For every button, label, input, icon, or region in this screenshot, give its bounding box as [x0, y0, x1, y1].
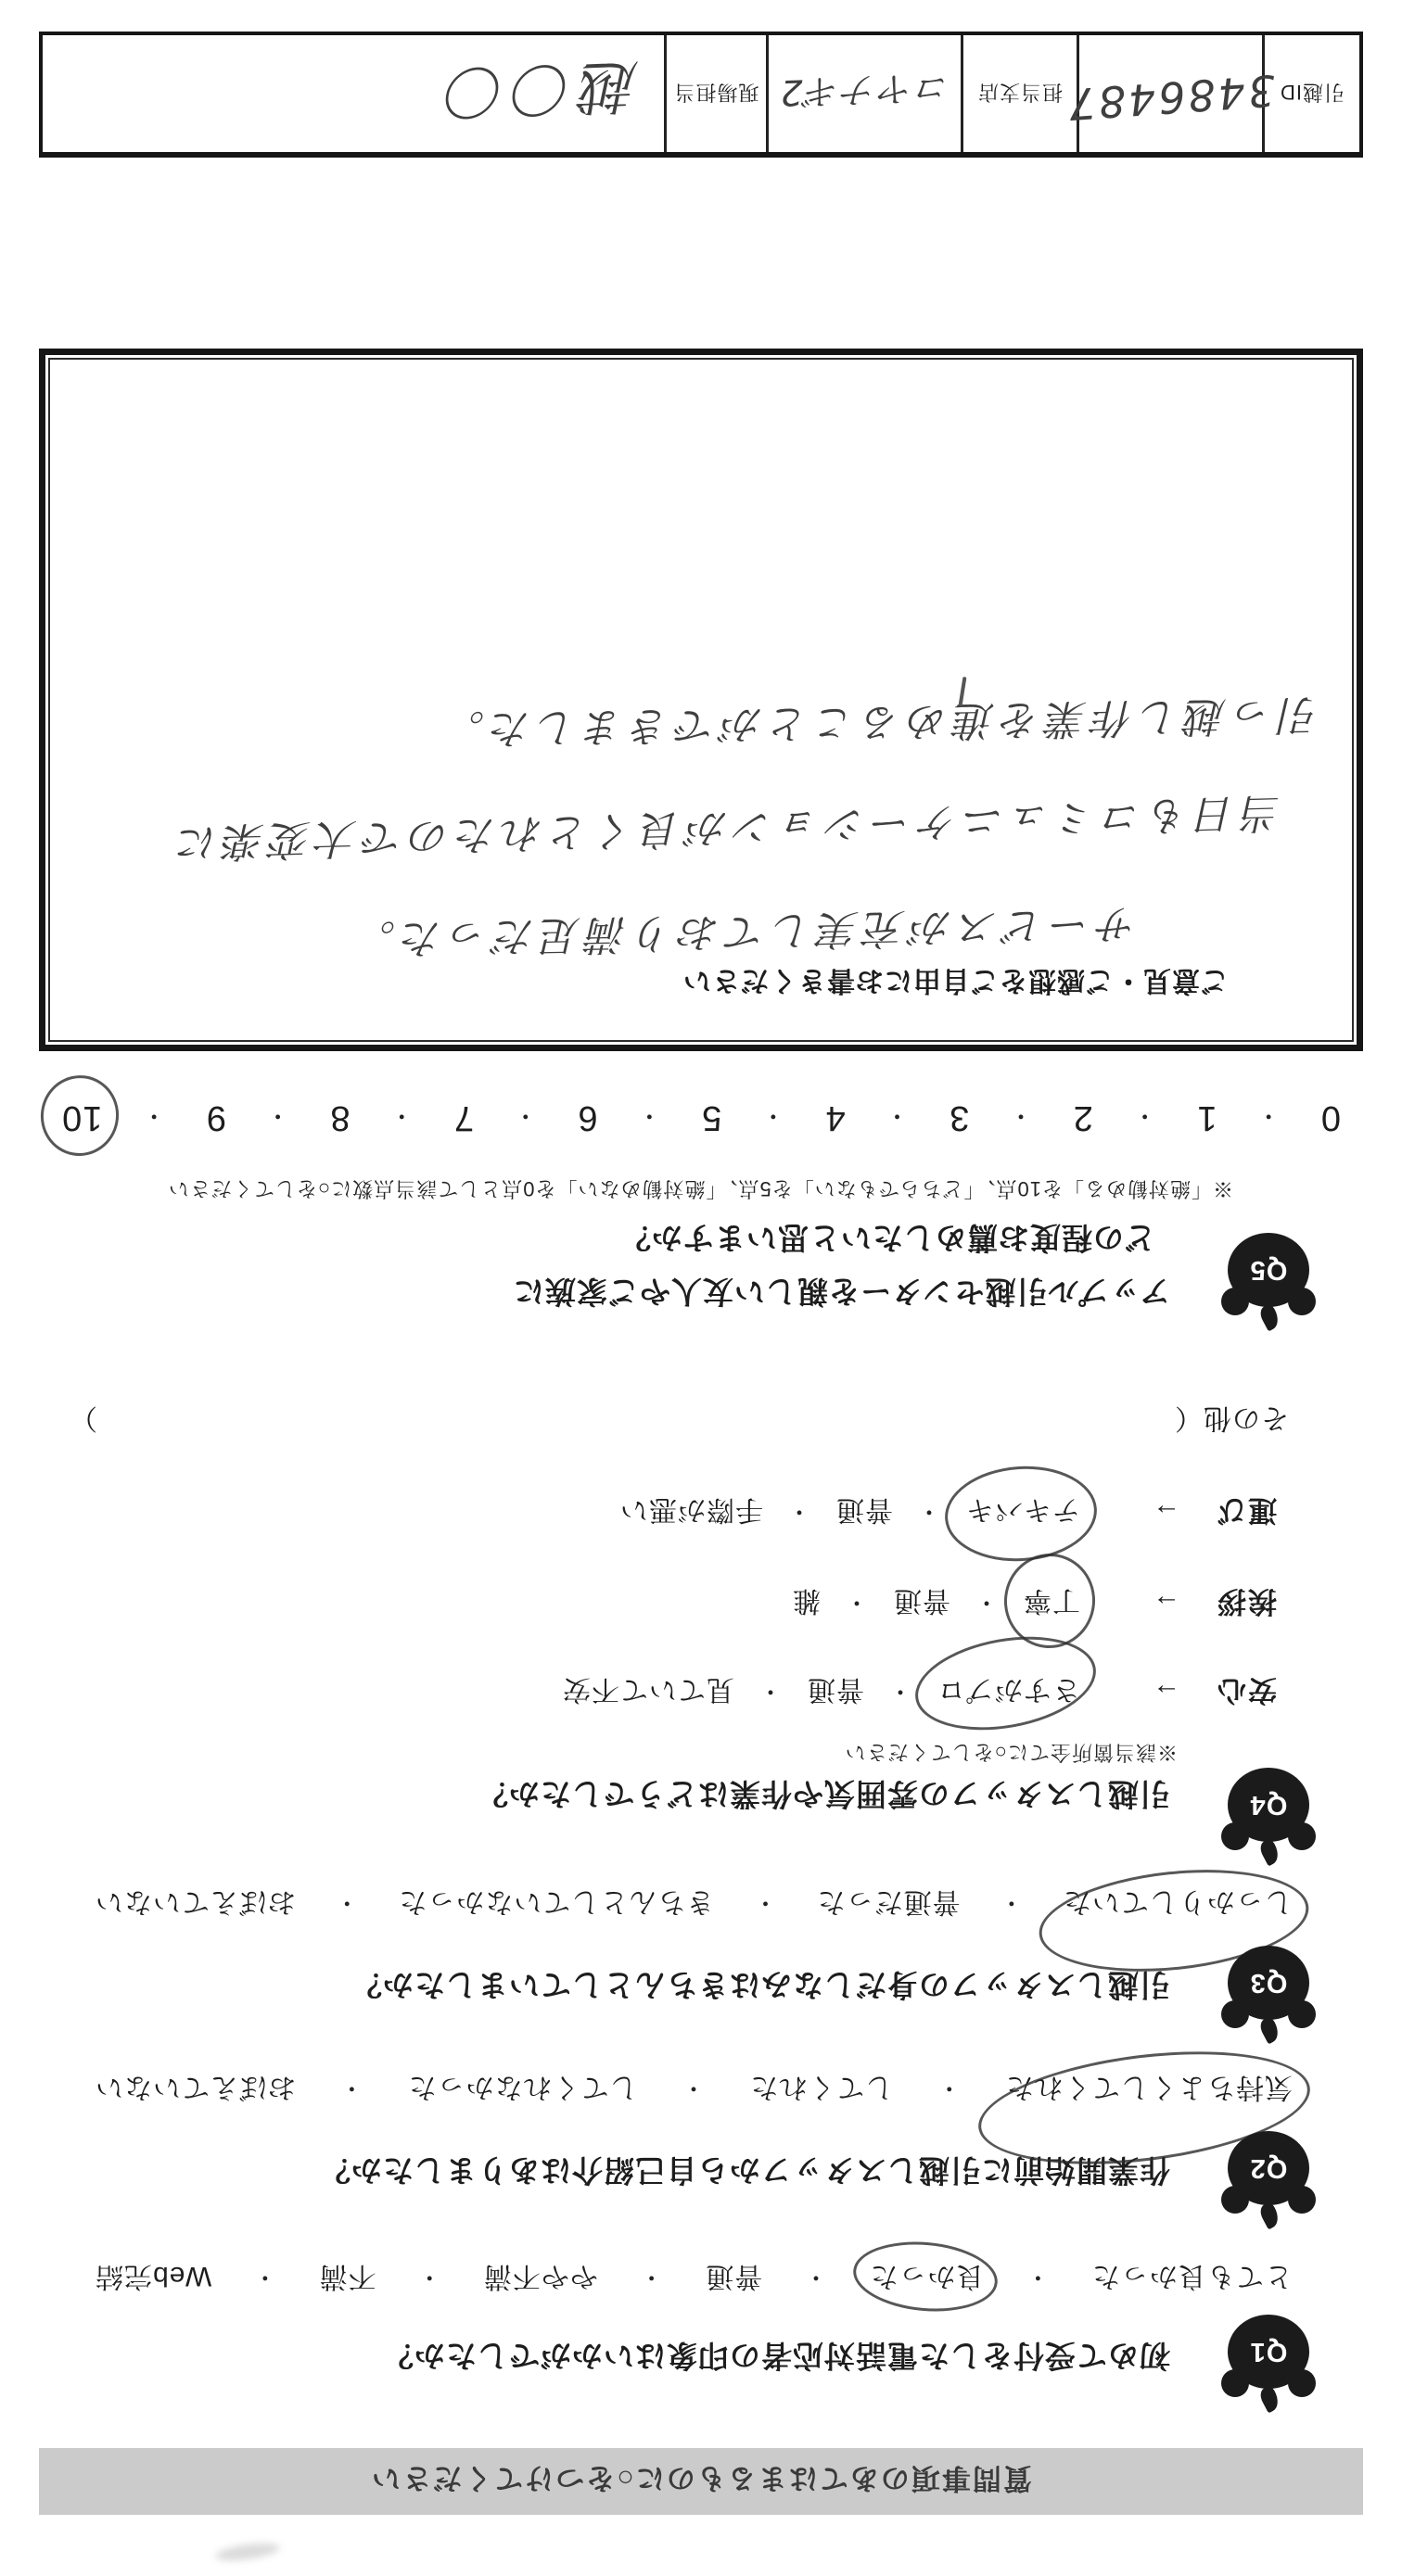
- scale-number: 3: [949, 1098, 969, 1137]
- q4-other-row: その他（ ）: [70, 1401, 1289, 1441]
- q2-option: してくれた: [749, 2070, 893, 2111]
- dot-separator: ・: [885, 1100, 909, 1135]
- q2-mascot-icon: Q2: [1228, 2131, 1309, 2205]
- dot-separator: ・: [640, 2263, 664, 2297]
- leaf-icon: [1257, 2016, 1282, 2045]
- q4-note: ※該当箇所全てに○をしてください: [845, 1739, 1178, 1768]
- paren-open: （: [1174, 1402, 1203, 1433]
- q3-option-selected: しっかりしていた: [1063, 1884, 1293, 1925]
- paren-close: ）: [70, 1401, 97, 1441]
- q4-row-hakobi: 運び → テキパキ ・ 普通 ・ 手際が悪い: [608, 1492, 1277, 1534]
- q2-options: 気持ちよくしてくれた ・ してくれた ・ してくれなかった ・ おぼえていない: [95, 2070, 1293, 2111]
- scale-number: 5: [701, 1098, 721, 1137]
- scale-number: 2: [1073, 1098, 1093, 1137]
- comment-box-label: ご意見・ご感想をご自由にお書きください: [682, 963, 1229, 1004]
- dot-separator: ・: [335, 1888, 359, 1922]
- dot-separator: ・: [142, 1100, 166, 1135]
- dot-separator: ・: [682, 2074, 706, 2108]
- q4-row-option: 普通: [835, 1493, 893, 1534]
- dot-separator: ・: [787, 1496, 811, 1530]
- dot-separator: ・: [1026, 2263, 1050, 2297]
- q1-badge: Q1: [1250, 2337, 1288, 2367]
- scale-number: 1: [1196, 1098, 1217, 1137]
- dot-separator: ・: [1133, 1100, 1157, 1135]
- q4-row-option: 普通: [807, 1673, 864, 1714]
- dot-separator: ・: [761, 1100, 785, 1135]
- move-id-label: 引越ID: [1262, 35, 1359, 152]
- q1-option: 普通: [705, 2259, 762, 2300]
- q3-mascot-icon: Q3: [1228, 1946, 1309, 2020]
- q4-row-aisatsu: 挨拶 → 丁寧 ・ 普通 ・ 雑: [781, 1583, 1277, 1625]
- q4-row-option: 雑: [792, 1584, 821, 1625]
- q4-row-label: 運び: [1216, 1492, 1277, 1534]
- leaf-icon: [1257, 1838, 1282, 1867]
- scanned-survey-sheet: 質問事項のあてはまるものに○をつけてください Q1 初めて受付をした電話対応者の…: [0, 0, 1402, 2576]
- q4-badge: Q4: [1250, 1790, 1288, 1821]
- scale-number: 8: [329, 1098, 350, 1137]
- q4-row-label: 安心: [1216, 1672, 1277, 1714]
- handwritten-signature: 越〇〇: [439, 48, 666, 138]
- dot-separator: ・: [514, 1100, 538, 1135]
- q5-heading-line2: どの程度お薦めしたいと思いますか？: [619, 1218, 1155, 1262]
- move-id-value-cell: 3486487: [1077, 35, 1262, 152]
- arrow-icon: →: [1153, 1589, 1180, 1620]
- q5-score-scale: 0 ・ 1 ・ 2 ・ 3 ・ 4 ・ 5 ・ 6 ・ 7 ・ 8 ・ 9 ・ …: [61, 1098, 1341, 1137]
- q4-row-option: 手際が悪い: [619, 1493, 763, 1534]
- branch-label: 担当支店: [961, 35, 1077, 152]
- q1-option: とても良かった: [1091, 2259, 1293, 2300]
- q3-badge: Q3: [1250, 1968, 1288, 1999]
- comment-box: ご意見・ご感想をご自由にお書きください サービスが充実しており満足だった。 当日…: [39, 349, 1363, 1051]
- q4-row-option: 普通: [893, 1584, 950, 1625]
- dot-separator: ・: [1256, 1100, 1281, 1135]
- q4-other-label: その他: [1203, 1402, 1289, 1433]
- branch-value-cell: コヤナギ2: [766, 35, 961, 152]
- q4-row-label: 挨拶: [1216, 1583, 1277, 1625]
- handwritten-move-id: 3486487: [1064, 65, 1277, 130]
- dot-separator: ・: [339, 2074, 363, 2108]
- q4-row-option-selected: テキパキ: [965, 1493, 1080, 1534]
- q1-options: とても良かった ・ 良かった ・ 普通 ・ やや不満 ・ 不満 ・ Web完結: [95, 2259, 1293, 2300]
- scale-number: 4: [825, 1098, 846, 1137]
- q5-mascot-icon: Q5: [1228, 1233, 1309, 1307]
- scale-number: 0: [1320, 1098, 1341, 1137]
- q2-option-selected: 気持ちよくしてくれた: [1005, 2070, 1293, 2111]
- q4-row-option-selected: さすがプロ: [937, 1673, 1080, 1714]
- q5-note: ※「絶対勧める」を10点、「どちらでもない」を5点、「絶対勧めない」を0点として…: [168, 1175, 1233, 1204]
- q3-option: 普通だった: [817, 1884, 961, 1925]
- dot-separator: ・: [845, 1587, 869, 1621]
- leaf-icon: [1257, 2385, 1282, 2414]
- leaf-icon: [1257, 1303, 1282, 1332]
- scale-number: 6: [577, 1098, 597, 1137]
- arrow-icon: →: [1153, 1498, 1180, 1529]
- instruction-text: 質問事項のあてはまるものに○をつけてください: [370, 2461, 1032, 2503]
- header-info-table: 引越ID 3486487 担当支店 コヤナギ2 現場担当 越〇〇: [39, 32, 1363, 158]
- pencil-smudge: [214, 2540, 281, 2564]
- q4-row-option: 見ていて不安: [562, 1673, 734, 1714]
- site-staff-label: 現場担当: [664, 35, 766, 152]
- dot-separator: ・: [888, 1676, 912, 1710]
- q2-option: してくれなかった: [408, 2070, 638, 2111]
- dot-separator: ・: [266, 1100, 290, 1135]
- arrow-icon: →: [1153, 1678, 1180, 1709]
- dot-separator: ・: [253, 2263, 277, 2297]
- q2-option: おぼえていない: [95, 2070, 296, 2111]
- q3-heading: 引越しスタッフの身だしなみはきちんとしていましたか？: [350, 1965, 1170, 2009]
- dot-separator: ・: [975, 1587, 999, 1621]
- dot-separator: ・: [1009, 1100, 1033, 1135]
- q1-option: Web完結: [95, 2259, 211, 2300]
- dot-separator: ・: [937, 2074, 962, 2108]
- q1-option: やや不満: [483, 2259, 598, 2300]
- q4-heading: 引越しスタッフの雰囲気や作業はどうでしたか？: [477, 1774, 1170, 1818]
- q1-option-selected: 良かった: [870, 2259, 985, 2300]
- q4-mascot-icon: Q4: [1228, 1768, 1309, 1842]
- q1-heading: 初めて受付をした電話対応者の印象はいかがでしたか？: [382, 2336, 1170, 2379]
- scale-number-selected: 10: [61, 1098, 102, 1137]
- signature-cell: 越〇〇: [43, 35, 664, 152]
- scale-number: 7: [453, 1098, 474, 1137]
- q4-row-option-selected: 丁寧: [1023, 1584, 1080, 1625]
- q2-heading: 作業開始前に引越しスタッフから自己紹介はありましたか？: [319, 2151, 1170, 2194]
- dot-separator: ・: [1000, 1888, 1024, 1922]
- scale-number: 9: [206, 1098, 226, 1137]
- dot-separator: ・: [758, 1676, 783, 1710]
- dot-separator: ・: [754, 1888, 778, 1922]
- q3-option: おぼえていない: [95, 1884, 296, 1925]
- leaf-icon: [1257, 2202, 1282, 2230]
- q3-option: きちんとしていなかった: [398, 1884, 714, 1925]
- handwritten-branch: コヤナギ2: [778, 65, 952, 121]
- dot-separator: ・: [417, 2263, 441, 2297]
- q2-badge: Q2: [1250, 2153, 1288, 2184]
- dot-separator: ・: [917, 1496, 941, 1530]
- q4-row-anshin: 安心 → さすがプロ ・ 普通 ・ 見ていて不安: [551, 1672, 1277, 1714]
- instruction-bar: 質問事項のあてはまるものに○をつけてください: [39, 2448, 1363, 2515]
- q1-option: 不満: [319, 2259, 376, 2300]
- q5-badge: Q5: [1250, 1255, 1288, 1286]
- dot-separator: ・: [389, 1100, 414, 1135]
- q1-mascot-icon: Q1: [1228, 2315, 1309, 2389]
- q5-heading-line1: アップル引越センターを親しい友人やご家族に: [513, 1272, 1170, 1315]
- dot-separator: ・: [804, 2263, 828, 2297]
- dot-separator: ・: [637, 1100, 661, 1135]
- q3-options: しっかりしていた ・ 普通だった ・ きちんとしていなかった ・ おぼえていない: [95, 1884, 1293, 1925]
